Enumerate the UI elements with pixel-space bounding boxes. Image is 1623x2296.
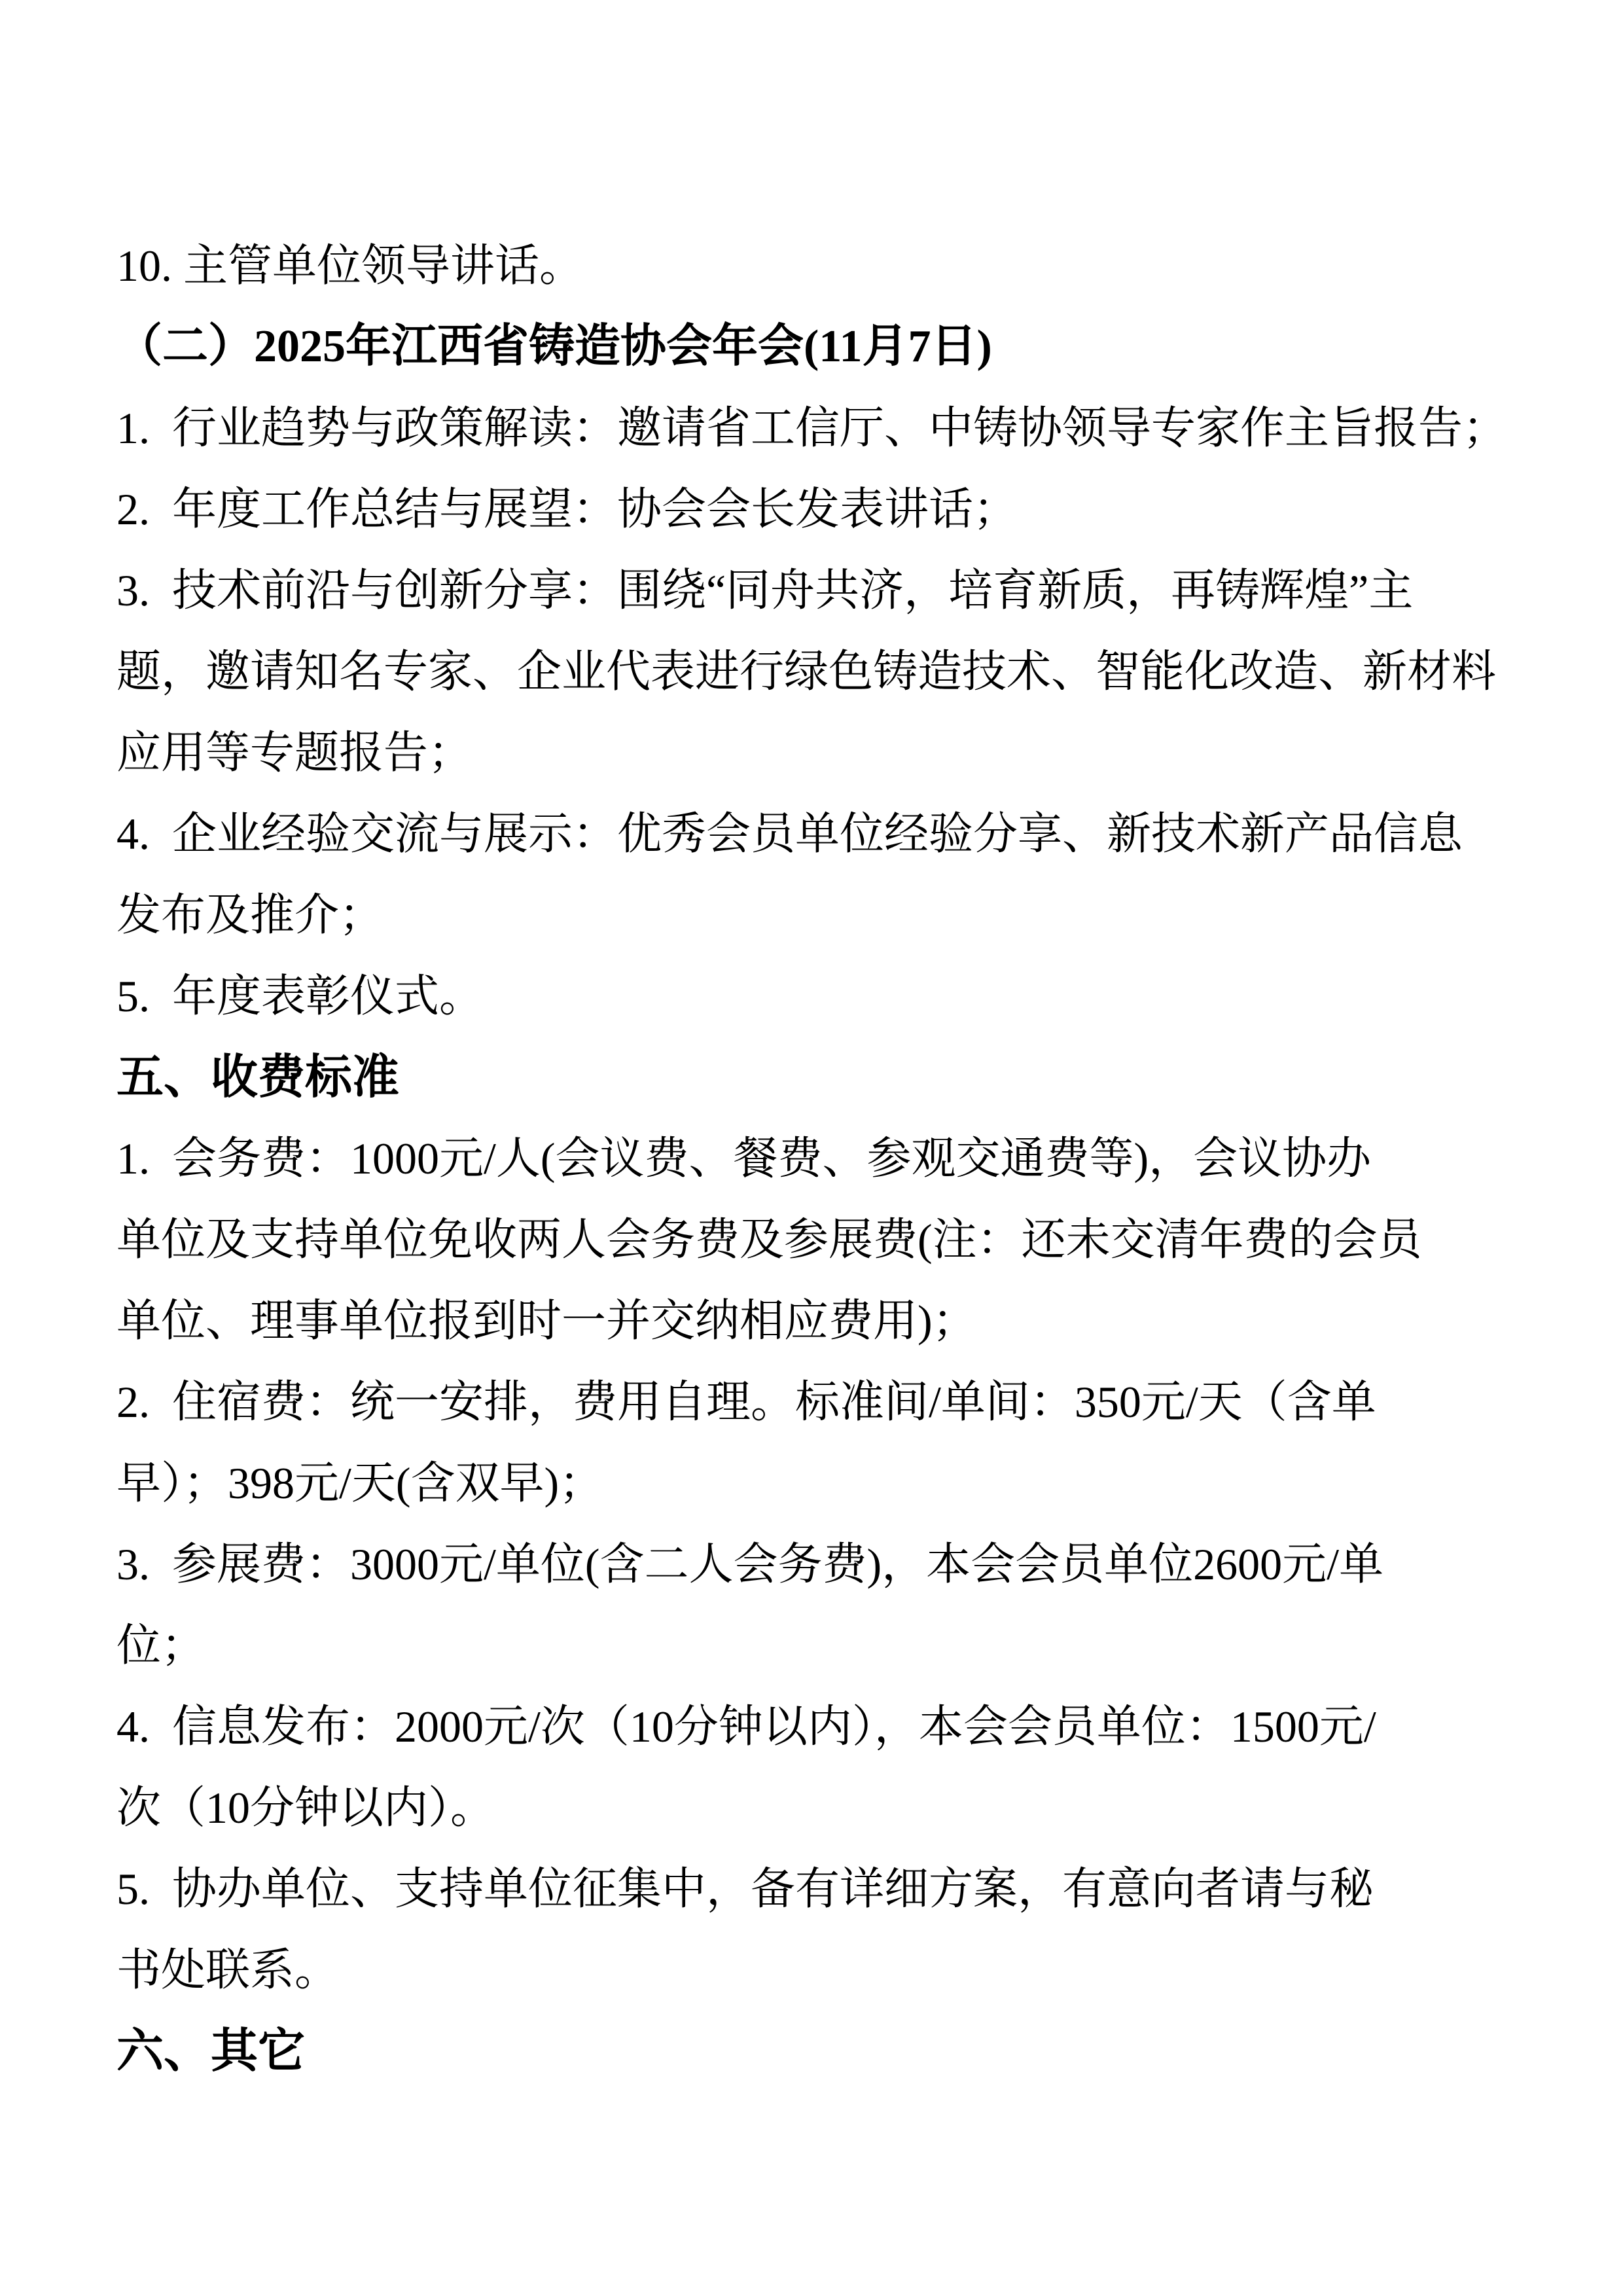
text-line: 应用等专题报告；	[116, 712, 1525, 793]
section-heading: 五、收费标准	[116, 1037, 1525, 1118]
text-line: 发布及推介；	[116, 874, 1525, 956]
text-line: 2. 住宿费：统一安排，费用自理。标准间/单间：350元/天（含单	[116, 1361, 1525, 1443]
text-line: 5. 年度表彰仪式。	[116, 956, 1525, 1037]
text-line: 4. 企业经验交流与展示：优秀会员单位经验分享、新技术新产品信息	[116, 793, 1525, 874]
text-line: 4. 信息发布：2000元/次（10分钟以内），本会会员单位：1500元/	[116, 1686, 1525, 1767]
sub-heading: （二）2025年江西省铸造协会年会(11月7日)	[116, 306, 1525, 387]
text-line: 2. 年度工作总结与展望：协会会长发表讲话；	[116, 469, 1525, 550]
text-line: 书处联系。	[116, 1929, 1525, 2011]
text-line: 5. 协办单位、支持单位征集中，备有详细方案，有意向者请与秘	[116, 1848, 1525, 1929]
text-line: 题，邀请知名专家、企业代表进行绿色铸造技术、智能化改造、新材料	[116, 631, 1525, 712]
document-page: 10. 主管单位领导讲话。（二）2025年江西省铸造协会年会(11月7日)1. …	[0, 0, 1623, 2296]
text-line: 1. 会务费：1000元/人(会议费、餐费、参观交通费等)，会议协办	[116, 1118, 1525, 1199]
text-line: 单位、理事单位报到时一并交纳相应费用)；	[116, 1280, 1525, 1361]
text-line: 单位及支持单位免收两人会务费及参展费(注：还未交清年费的会员	[116, 1199, 1525, 1280]
text-line: 10. 主管单位领导讲话。	[116, 225, 1525, 306]
text-line: 1. 行业趋势与政策解读：邀请省工信厅、中铸协领导专家作主旨报告；	[116, 387, 1525, 469]
text-line: 早）；398元/天(含双早)；	[116, 1443, 1525, 1524]
text-line: 3. 参展费：3000元/单位(含二人会务费)，本会会员单位2600元/单	[116, 1524, 1525, 1605]
text-line: 位；	[116, 1605, 1525, 1686]
document-content: 10. 主管单位领导讲话。（二）2025年江西省铸造协会年会(11月7日)1. …	[0, 0, 1623, 2092]
section-heading: 六、其它	[116, 2011, 1525, 2092]
text-line: 次（10分钟以内）。	[116, 1767, 1525, 1848]
text-line: 3. 技术前沿与创新分享：围绕“同舟共济，培育新质，再铸辉煌”主	[116, 550, 1525, 631]
